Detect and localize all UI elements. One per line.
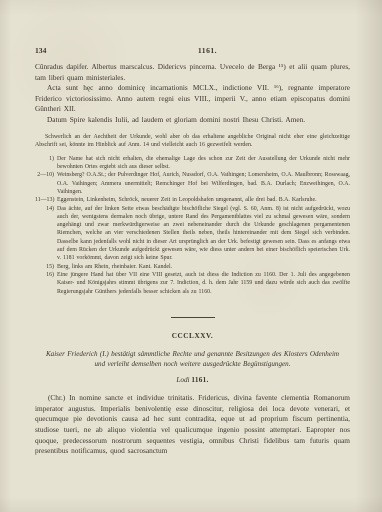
footnote-label: 1) [35, 155, 57, 163]
source-mark: (Chr.) [48, 393, 65, 404]
footnote-text: Berg, links am Rhein, rheinbaier. Kant. … [57, 264, 172, 270]
footnote-label: 2—10) [35, 171, 57, 179]
footnote-label: 11—13) [35, 196, 57, 204]
footnote-label: 14) [35, 205, 57, 213]
footnote-label: 15) [35, 263, 57, 271]
witness-paragraph: Cŭnradus dapifer. Albertus marscalcus. D… [35, 62, 350, 83]
charter-dateline: Lodi 1161. [35, 376, 350, 384]
footnote: 1)Der Name hat sich nicht erhalten, die … [35, 155, 350, 172]
charter-end-text: Cŭnradus dapifer. Albertus marscalcus. D… [35, 62, 350, 126]
charter-number-heading: CCCLXXV. [35, 332, 350, 340]
footnote-text: Weinsberg? O.A.St.; der Pulverdinger Hof… [57, 172, 350, 195]
editorial-note: Schwerlich an der Aechtheit der Urkunde,… [35, 133, 350, 150]
footnote: 14)Das ächte, auf der linken Seite etwas… [35, 205, 350, 263]
footnote: 11—13)Eggenstein, Linkenheim, Schröck, n… [35, 196, 350, 204]
section-divider [171, 317, 215, 318]
footnote-text: Eine jüngere Hand hat über VII eine VIII… [57, 272, 350, 295]
footnote-label: 16) [35, 271, 57, 279]
footnote-text: Eggenstein, Linkenheim, Schröck, neuerer… [57, 197, 317, 203]
footnote: 15)Berg, links am Rhein, rheinbaier. Kan… [35, 263, 350, 271]
charter-body-text: In nomine sancte et individue trinitatis… [35, 393, 350, 455]
footnote: 2—10)Weinsberg? O.A.St.; der Pulverdinge… [35, 171, 350, 196]
footnote: 16)Eine jüngere Hand hat über VII eine V… [35, 271, 350, 296]
running-head: 134 1161. [35, 46, 350, 55]
footnote-text: Der Name hat sich nicht erhalten, die eh… [57, 156, 350, 170]
page-number: 134 [35, 46, 125, 55]
footnote-text: Das ächte, auf der linken Seite etwas be… [57, 206, 350, 262]
book-page: 134 1161. Cŭnradus dapifer. Albertus mar… [0, 0, 382, 512]
acta-paragraph: Acta sunt hęc anno dominicę incarnationi… [35, 83, 350, 115]
year-heading: 1161. [125, 46, 290, 55]
dateline-place: Lodi [176, 376, 189, 384]
datum-paragraph: Datum Spire kalendis Iulii, ad laudem et… [35, 115, 350, 126]
dateline-year: 1161. [191, 376, 208, 384]
footnotes-block: 1)Der Name hat sich nicht erhalten, die … [35, 155, 350, 296]
charter-regest: Kaiser Friederich (I.) bestätigt sämmtli… [44, 349, 340, 369]
charter-body: (Chr.) In nomine sancte et individue tri… [35, 393, 350, 457]
